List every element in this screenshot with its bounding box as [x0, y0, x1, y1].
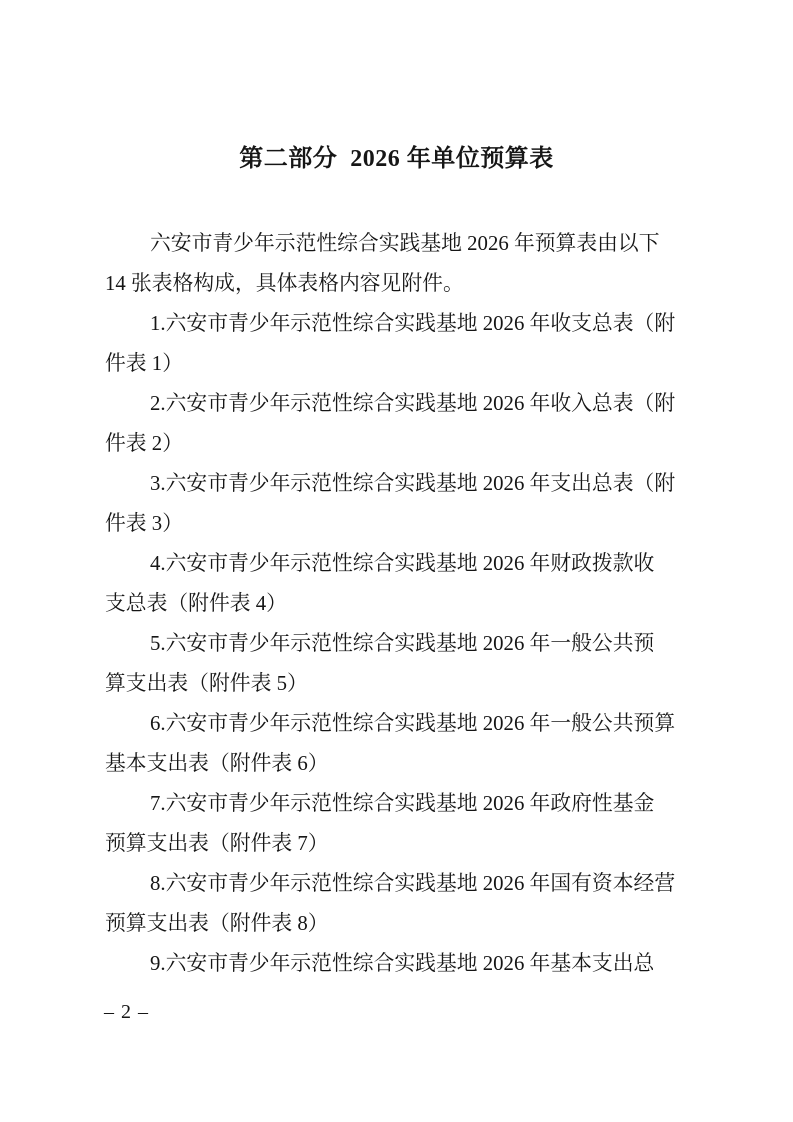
document-page: 第二部分 2026 年单位预算表 六安市青少年示范性综合实践基地 2026 年预… — [0, 0, 793, 1122]
text-line: 支总表（附件表 4） — [105, 584, 689, 624]
text-line: 预算支出表（附件表 8） — [105, 904, 689, 944]
text-line: 算支出表（附件表 5） — [105, 664, 689, 704]
text-line: 六安市青少年示范性综合实践基地 2026 年预算表由以下 — [105, 224, 689, 264]
text-line: 3.六安市青少年示范性综合实践基地 2026 年支出总表（附 — [105, 464, 689, 504]
text-line: 7.六安市青少年示范性综合实践基地 2026 年政府性基金 — [105, 784, 689, 824]
text-line: 8.六安市青少年示范性综合实践基地 2026 年国有资本经营 — [105, 864, 689, 904]
text-line: 件表 1） — [105, 344, 689, 384]
page-number: – 2 – — [104, 1000, 149, 1024]
text-line: 1.六安市青少年示范性综合实践基地 2026 年收支总表（附 — [105, 304, 689, 344]
text-line: 9.六安市青少年示范性综合实践基地 2026 年基本支出总 — [105, 944, 689, 984]
text-line: 件表 3） — [105, 504, 689, 544]
text-line: 基本支出表（附件表 6） — [105, 744, 689, 784]
text-line: 14 张表格构成，具体表格内容见附件。 — [105, 264, 689, 304]
text-line: 件表 2） — [105, 424, 689, 464]
text-line: 预算支出表（附件表 7） — [105, 824, 689, 864]
page-title: 第二部分 2026 年单位预算表 — [0, 144, 793, 174]
document-body: 六安市青少年示范性综合实践基地 2026 年预算表由以下14 张表格构成，具体表… — [105, 224, 689, 984]
text-line: 4.六安市青少年示范性综合实践基地 2026 年财政拨款收 — [105, 544, 689, 584]
text-line: 2.六安市青少年示范性综合实践基地 2026 年收入总表（附 — [105, 384, 689, 424]
text-line: 5.六安市青少年示范性综合实践基地 2026 年一般公共预 — [105, 624, 689, 664]
text-line: 6.六安市青少年示范性综合实践基地 2026 年一般公共预算 — [105, 704, 689, 744]
